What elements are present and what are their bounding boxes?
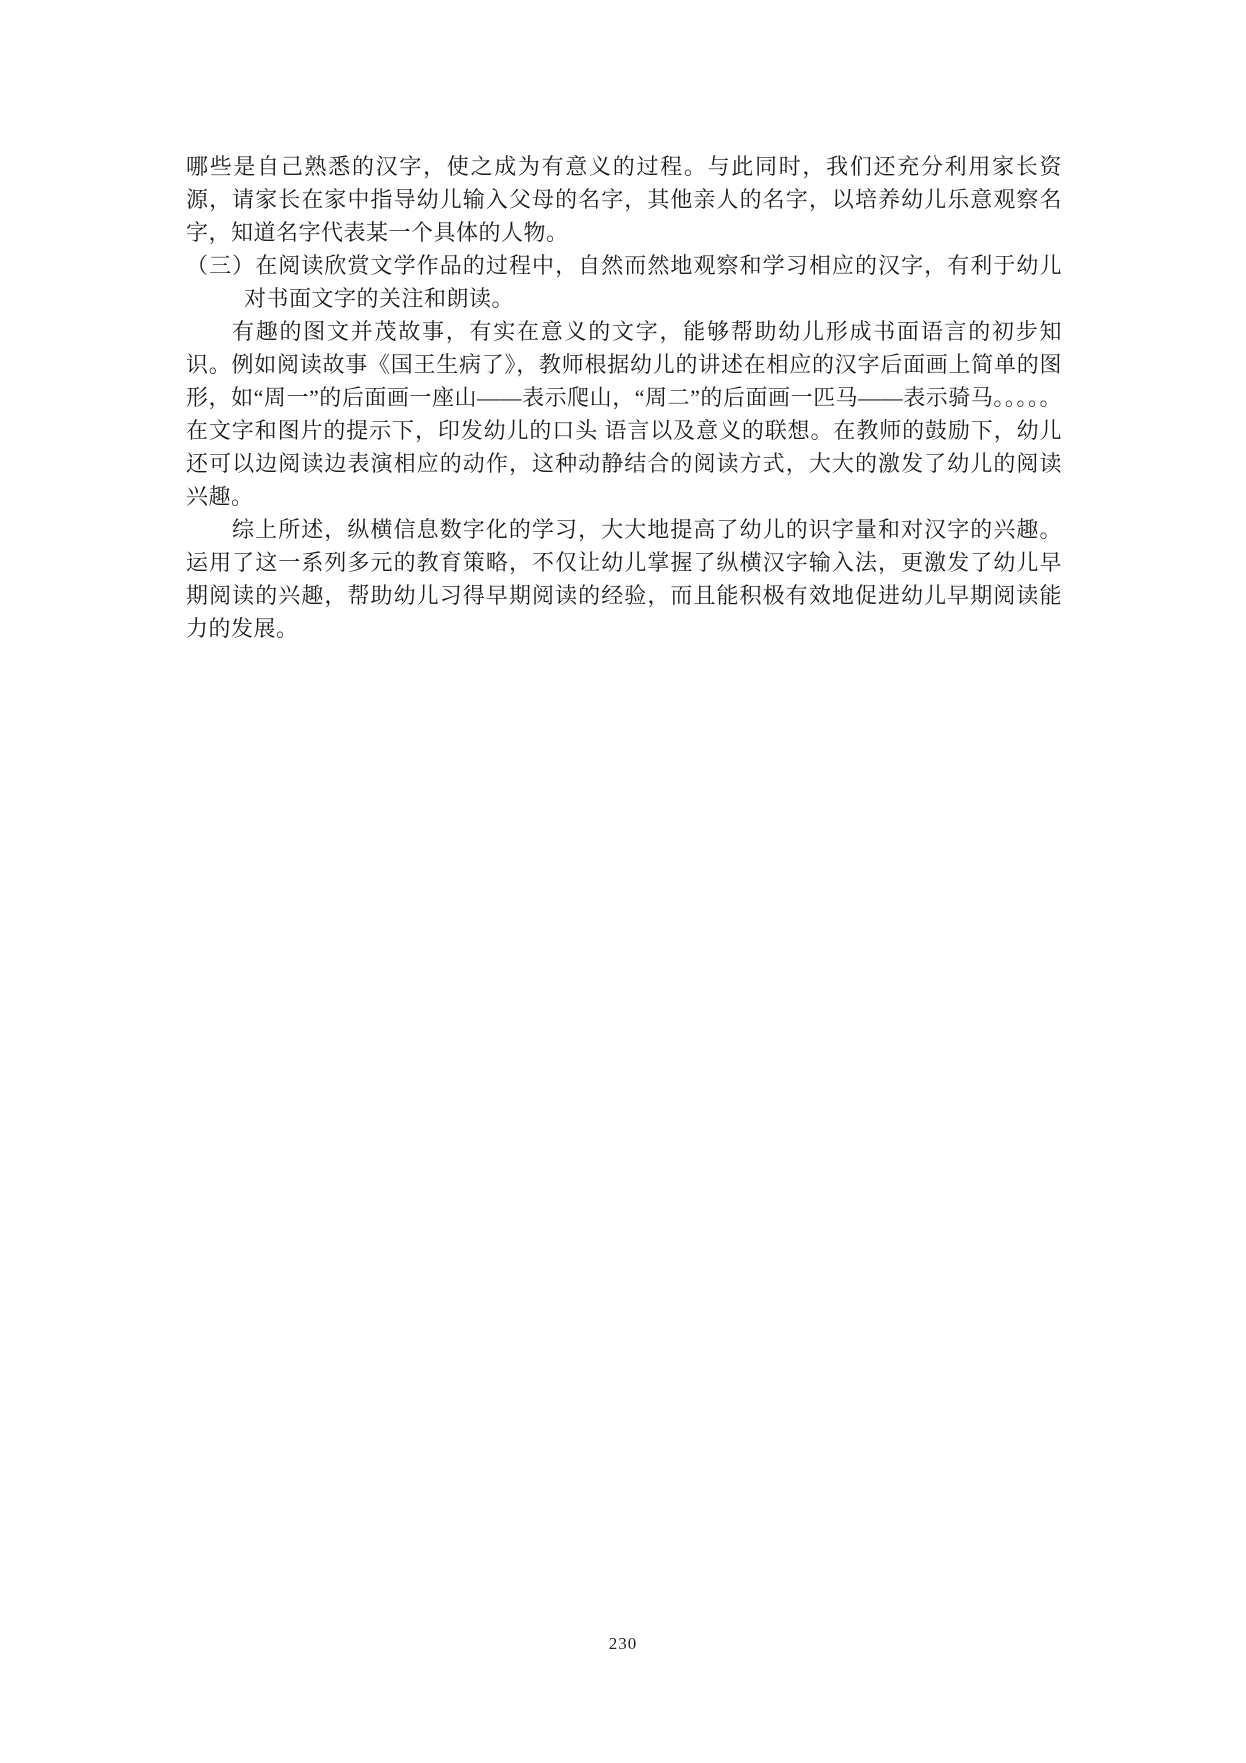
- section-heading: （三）在阅读欣赏文学作品的过程中，自然而然地观察和学习相应的汉字，有利于幼儿对书…: [186, 249, 1062, 315]
- paragraph-body-1: 有趣的图文并茂故事，有实在意义的文字，能够帮助幼儿形成书面语言的初步知识。例如阅…: [186, 315, 1062, 513]
- paragraph-continuation: 哪些是自己熟悉的汉字，使之成为有意义的过程。与此同时，我们还充分利用家长资源，请…: [186, 150, 1062, 249]
- page-number: 230: [0, 1634, 1246, 1654]
- document-page: 哪些是自己熟悉的汉字，使之成为有意义的过程。与此同时，我们还充分利用家长资源，请…: [0, 0, 1246, 1763]
- paragraph-body-2: 综上所述，纵横信息数字化的学习，大大地提高了幼儿的识字量和对汉字的兴趣。运用了这…: [186, 513, 1062, 645]
- text-block: 哪些是自己熟悉的汉字，使之成为有意义的过程。与此同时，我们还充分利用家长资源，请…: [186, 150, 1062, 645]
